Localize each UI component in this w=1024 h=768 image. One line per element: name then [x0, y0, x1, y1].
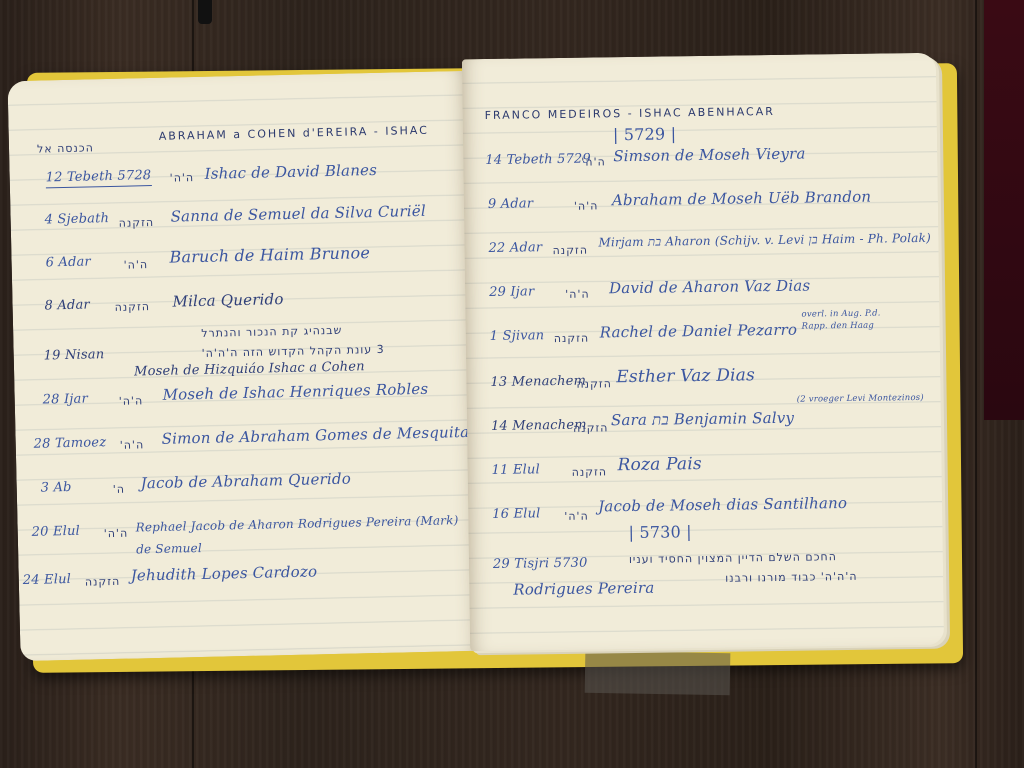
- left-page: הכנסה אל ABRAHAM a COHEN d'EREIRA - ISHA…: [7, 71, 478, 661]
- entry-title: הזקנה: [119, 216, 155, 230]
- entry-title: ה'ה': [120, 438, 145, 452]
- entry-name: David de Aharon Vaz Dias: [609, 276, 810, 297]
- header-latin: ABRAHAM a COHEN d'EREIRA - ISHAC: [159, 124, 429, 143]
- entry-date: 8 Adar: [44, 297, 90, 313]
- entry-title: הזקנה: [576, 377, 612, 390]
- entry-name: Baruch de Haim Brunoe: [169, 243, 370, 267]
- header-latin: FRANCO MEDEIROS - ISHAC ABENHACAR: [485, 105, 775, 122]
- entry-name: Rephael Jacob de Aharon Rodrigues Pereir…: [135, 509, 466, 560]
- entry-date: 3 Ab: [41, 480, 72, 496]
- right-page: FRANCO MEDEIROS - ISHAC ABENHACAR | 5729…: [462, 53, 944, 652]
- entry-name: Milca Querido: [172, 290, 283, 311]
- red-cloth: [984, 0, 1024, 420]
- entry-name: Simon de Abraham Gomes de Mesquita: [161, 423, 469, 448]
- entry-name: Moseh de Hizquiáo Ishac a Cohen: [134, 359, 365, 379]
- entry-date: 16 Elul: [492, 506, 540, 522]
- entry-name: Jacob de Abraham Querido: [140, 470, 351, 493]
- entry-name: Rodrigues Pereira: [513, 579, 654, 599]
- entry-title: ה'ה': [119, 394, 144, 408]
- entry-name: Sanna de Semuel da Silva Curiël: [170, 202, 426, 226]
- entry-name: Simson de Moseh Vieyra: [613, 145, 806, 166]
- entry-name: Mirjam בת Aharon (Schijv. v. Levi בן Hai…: [598, 231, 931, 251]
- year-heading: | 5730 |: [628, 522, 692, 542]
- entry-title: הזקנה: [85, 575, 121, 589]
- entry-date: 4 Sjebath: [44, 211, 109, 227]
- entry-title: הזקנה: [554, 332, 590, 345]
- entry-date: 14 Tebeth 5729: [485, 152, 591, 168]
- entry-name: Esther Vaz Dias: [616, 365, 755, 387]
- entry-title: הזקנה: [572, 465, 608, 478]
- entry-title: ה': [113, 483, 126, 496]
- entry-title: הזקנה: [114, 300, 150, 314]
- entry-name: Moseh de Ishac Henriques Robles: [162, 380, 428, 404]
- entry-date: 9 Adar: [488, 196, 533, 212]
- entry-hebrew-line-2: 3 עונת הקהל הקדוש הזה ה'ה'ה': [202, 343, 385, 360]
- entry-date: 24 Elul: [23, 572, 72, 588]
- entry-date: 29 Ijar: [489, 284, 534, 300]
- entry-title: ה'ה': [124, 258, 149, 272]
- entry-note: overl. in Aug. P.d. Rapp. den Haag: [801, 307, 897, 332]
- entry-date: 13 Menachem: [490, 374, 586, 390]
- entry-name: Ishac de David Blanes: [204, 161, 377, 183]
- tape-strip: [585, 651, 731, 696]
- entry-title: הזקנה: [573, 421, 609, 434]
- entry-date: 12 Tebeth 5728: [46, 168, 152, 188]
- pen-tip: [198, 0, 212, 24]
- header-hebrew: הכנסה אל: [37, 141, 94, 155]
- plank-seam: [975, 0, 977, 768]
- entry-hebrew-line-1: שבנהיג קת הנכור והנתרל: [201, 324, 342, 340]
- entry-title: הזקנה: [552, 244, 588, 257]
- entry-title: ה'ה': [104, 527, 129, 541]
- entry-name: Roza Pais: [617, 454, 702, 475]
- entry-name: Jehudith Lopes Cardozo: [131, 562, 318, 584]
- entry-date: 28 Ijar: [43, 392, 89, 408]
- entry-hebrew-line-1: החכם השלם הדיין המצוין החסיד ועניו: [629, 550, 837, 566]
- entry-date: 11 Elul: [492, 462, 540, 478]
- entry-date: 1 Sjivan: [490, 328, 545, 344]
- entry-note: (2 vroeger Levi Montezinos): [797, 393, 924, 405]
- entry-hebrew-line-2: ה'ה'ה' כבוד מורנו ורבנו: [725, 570, 858, 585]
- entry-date: 28 Tamoez: [34, 435, 107, 452]
- entry-date: 6 Adar: [45, 254, 91, 270]
- entry-date: 19 Nisan: [44, 347, 105, 363]
- year-heading: | 5729 |: [613, 124, 677, 144]
- entry-date: 22 Adar: [488, 240, 542, 256]
- entry-date: 29 Tisjri 5730: [493, 556, 588, 572]
- entry-title: ה'ה': [574, 199, 599, 212]
- entry-date: 20 Elul: [32, 524, 81, 540]
- entry-name: Rachel de Daniel Pezarro: [600, 321, 798, 342]
- entry-name: Abraham de Moseh Uëb Brandon: [612, 188, 872, 210]
- entry-name: Jacob de Moseh dias Santilhano: [598, 494, 847, 515]
- entry-title: ה'ה': [564, 510, 589, 523]
- entry-title: ה'ה': [170, 171, 195, 185]
- entry-name: Sara בת Benjamin Salvy: [611, 409, 794, 431]
- entry-title: ה'ה': [565, 288, 590, 301]
- entry-title: ה'ה': [581, 155, 606, 168]
